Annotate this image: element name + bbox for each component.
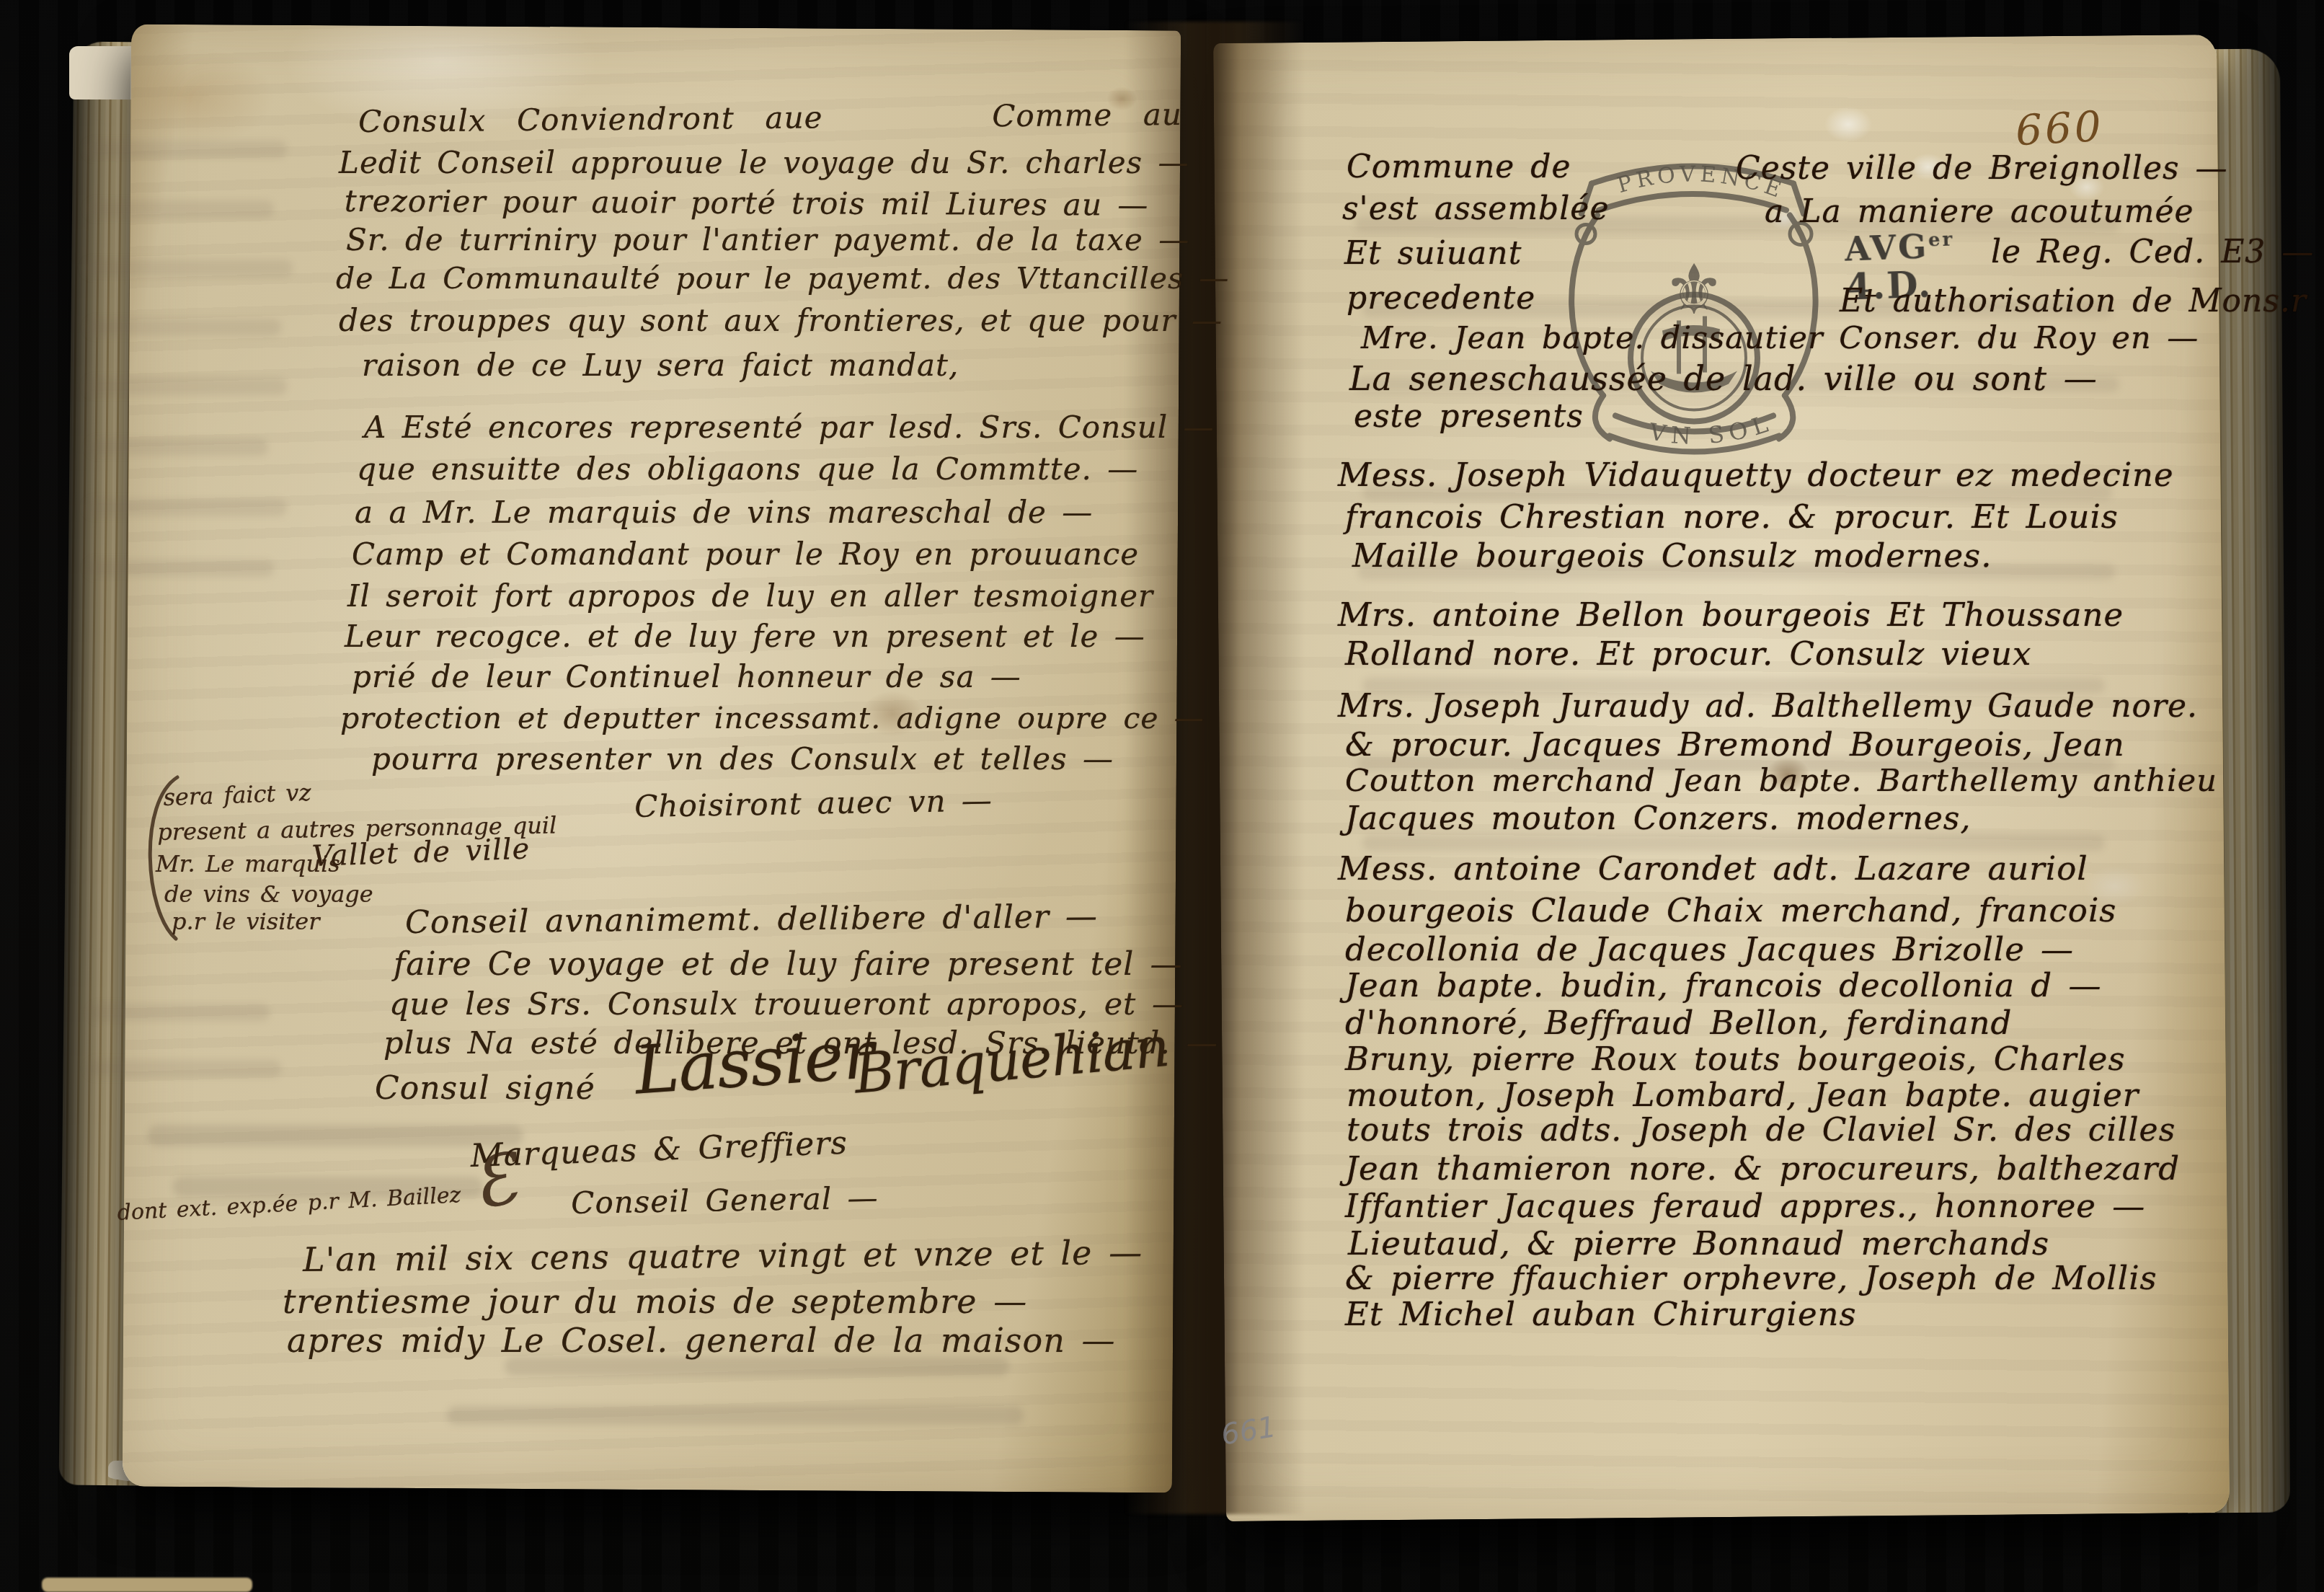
manuscript-line: Et Michel auban Chirurgiens	[1345, 1298, 1857, 1330]
manuscript-line: d'honnoré, Beffraud Bellon, ferdinand	[1345, 1007, 2012, 1039]
manuscript-line: Jean thamieron nore. & procureurs, balth…	[1345, 1152, 2180, 1185]
manuscript-line: mouton, Joseph Lombard, Jean bapte. augi…	[1347, 1079, 2139, 1111]
manuscript-line: Mrs. antoine Bellon bourgeois Et Thoussa…	[1338, 598, 2124, 631]
manuscript-line: a La maniere acoutumée	[1765, 196, 2194, 228]
manuscript-line: le Reg. Ced. E3 —	[1991, 236, 2314, 268]
manuscript-line: Et authorisation de Mons.r	[1840, 286, 2307, 317]
manuscript-line: Bruny, pierre Roux touts bourgeois, Char…	[1345, 1043, 2126, 1075]
manuscript-line: este presents	[1354, 401, 1584, 433]
manuscript-line: francois Chrestian nore. & procur. Et Lo…	[1345, 500, 2119, 533]
manuscript-line: Rolland nore. Et procur. Consulz vieux	[1345, 637, 2031, 670]
photo-background: ⚜ PROVENCE VN SOL AVGer 4.D. 660 661 Con…	[0, 0, 2324, 1592]
right-page-text: Commune deCeste ville de Breignolles —s'…	[0, 0, 2324, 1592]
manuscript-line: & pierre ffauchier orphevre, Joseph de M…	[1345, 1262, 2157, 1294]
manuscript-line: s'est assemblée	[1342, 193, 1609, 225]
manuscript-line: touts trois adts. Joseph de Claviel Sr. …	[1347, 1115, 2176, 1146]
manuscript-line: Commune de	[1347, 151, 1571, 183]
manuscript-line: Ceste ville de Breignolles —	[1736, 153, 2228, 185]
open-manuscript-book: ⚜ PROVENCE VN SOL AVGer 4.D. 660 661 Con…	[0, 0, 2324, 1592]
manuscript-line: decollonia de Jacques Jacques Brizolle —	[1345, 933, 2074, 965]
manuscript-line: Jacques mouton Conzers. modernes,	[1345, 803, 1971, 835]
manuscript-line: & procur. Jacques Bremond Bourgeois, Jea…	[1345, 728, 2125, 761]
manuscript-line: Maille bourgeois Consulz modernes.	[1352, 539, 1992, 572]
manuscript-line: Mrs. Joseph Juraudy ad. Balthellemy Gaud…	[1338, 691, 2198, 722]
manuscript-line: Mess. antoine Carondet adt. Lazare aurio…	[1338, 852, 2088, 885]
manuscript-line: Mre. Jean bapte. dissautier Conser. du R…	[1361, 323, 2199, 354]
manuscript-line: Jean bapte. budin, francois decollonia d…	[1345, 969, 2101, 1001]
manuscript-line: La seneschaussée de lad. ville ou sont —	[1349, 362, 2098, 395]
manuscript-line: Iffantier Jacques feraud appres., honnor…	[1345, 1190, 2145, 1222]
manuscript-line: Lieutaud, & pierre Bonnaud merchands	[1348, 1227, 2049, 1260]
manuscript-line: Coutton merchand Jean bapte. Barthellemy…	[1345, 766, 2217, 797]
manuscript-line: precedente	[1347, 283, 1535, 314]
manuscript-line: bourgeois Claude Chaix merchand, francoi…	[1345, 894, 2116, 927]
manuscript-line: Et suiuant	[1344, 238, 1522, 270]
manuscript-line: Mess. Joseph Vidauquetty docteur ez mede…	[1338, 459, 2174, 491]
